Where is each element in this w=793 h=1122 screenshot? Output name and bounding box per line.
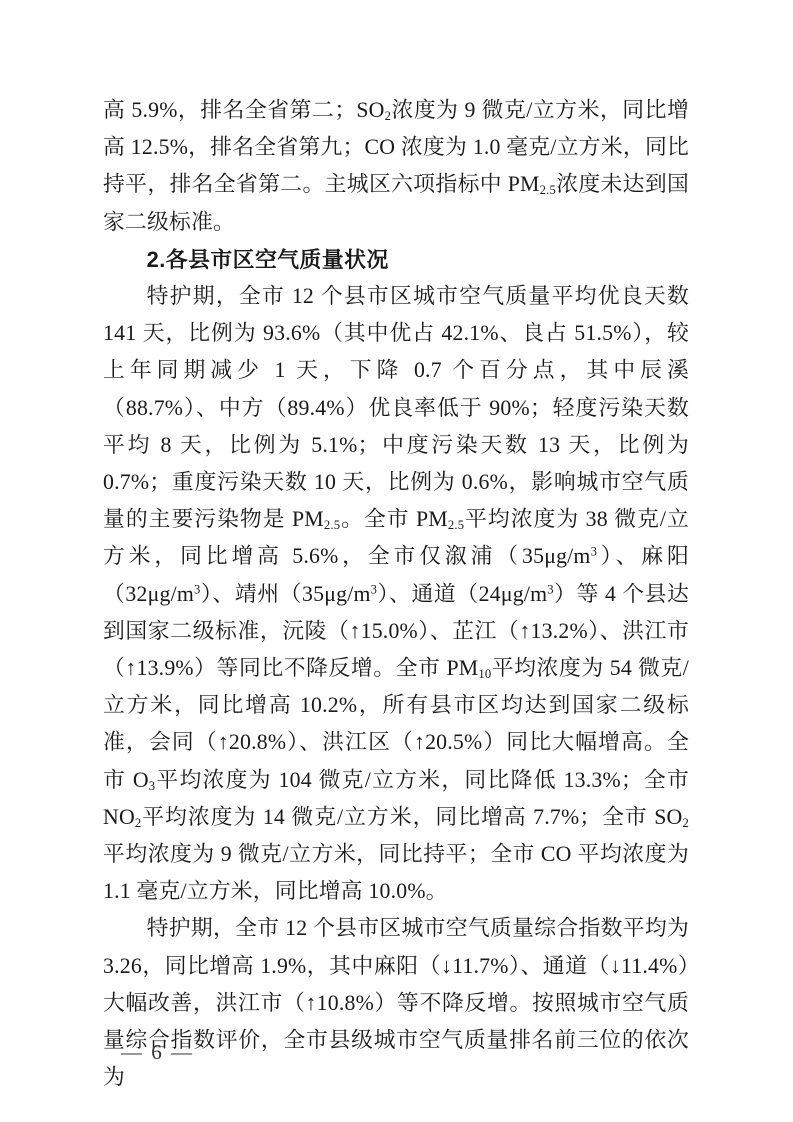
document-page: 高 5.9%，排名全省第二；SO2浓度为 9 微克/立方米，同比增高 12.5%…	[0, 0, 793, 1122]
paragraph-composite-index: 特护期，全市 12 个县市区城市空气质量综合指数平均为 3.26，同比增高 1.…	[103, 910, 689, 1096]
page-number: — 6 —	[121, 1040, 194, 1064]
section-heading: 2.各县市区空气质量状况	[103, 241, 689, 278]
paragraph-county-air-quality: 特护期，全市 12 个县市区城市空气质量平均优良天数 141 天，比例为 93.…	[103, 278, 689, 910]
paragraph-continuation: 高 5.9%，排名全省第二；SO2浓度为 9 微克/立方米，同比增高 12.5%…	[103, 92, 689, 241]
document-body: 高 5.9%，排名全省第二；SO2浓度为 9 微克/立方米，同比增高 12.5%…	[103, 92, 689, 1096]
